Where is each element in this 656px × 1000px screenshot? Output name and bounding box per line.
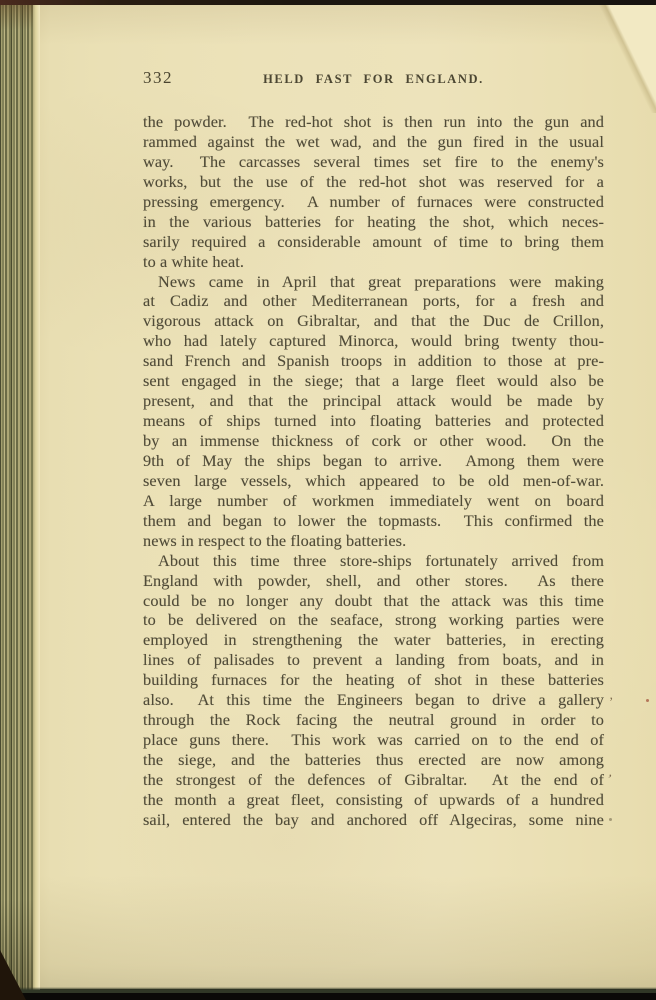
text-line: England with powder, shell, and other st… bbox=[143, 571, 604, 591]
text-line: the strongest of the defences of Gibralt… bbox=[143, 770, 604, 790]
ink-speck bbox=[646, 699, 649, 702]
body-text: the powder. The red-hot shot is then run… bbox=[143, 112, 604, 830]
running-title: HELD FAST FOR ENGLAND. bbox=[143, 72, 604, 87]
text-line: building furnaces for the heating of sho… bbox=[143, 670, 604, 690]
text-line: sarily required a considerable amount of… bbox=[143, 232, 604, 252]
text-line: to a white heat. bbox=[143, 252, 604, 272]
text-line: News came in April that great preparatio… bbox=[143, 272, 604, 292]
text-line: About this time three store-ships fortun… bbox=[143, 551, 604, 571]
text-line: the powder. The red-hot shot is then run… bbox=[143, 112, 604, 132]
text-line: sent engaged in the siege; that a large … bbox=[143, 371, 604, 391]
text-line: in the various batteries for heating the… bbox=[143, 212, 604, 232]
text-line: at Cadiz and other Mediterranean ports, … bbox=[143, 291, 604, 311]
text-line: the month a great fleet, consisting of u… bbox=[143, 790, 604, 810]
text-line: could be no longer any doubt that the at… bbox=[143, 591, 604, 611]
text-line: employed in strengthening the water batt… bbox=[143, 630, 604, 650]
page-corner-fold bbox=[578, 5, 656, 113]
text-line: vigorous attack on Gibraltar, and that t… bbox=[143, 311, 604, 331]
text-line: the siege, and the batteries thus erecte… bbox=[143, 750, 604, 770]
text-line: who had lately captured Minorca, would b… bbox=[143, 331, 604, 351]
text-line: means of ships turned into floating batt… bbox=[143, 411, 604, 431]
text-line: sand French and Spanish troops in additi… bbox=[143, 351, 604, 371]
text-line: rammed against the wet wad, and the gun … bbox=[143, 132, 604, 152]
text-line: place guns there. This work was carried … bbox=[143, 730, 604, 750]
text-line: sail, entered the bay and anchored off A… bbox=[143, 810, 604, 830]
ink-speck bbox=[609, 818, 612, 821]
text-line: pressing emergency. A number of furnaces… bbox=[143, 192, 604, 212]
text-line: through the Rock facing the neutral grou… bbox=[143, 710, 604, 730]
text-line: to be delivered on the seaface, strong w… bbox=[143, 610, 604, 630]
text-line: lines of palisades to prevent a landing … bbox=[143, 650, 604, 670]
text-line: works, but the use of the red-hot shot w… bbox=[143, 172, 604, 192]
text-line: way. The carcasses several times set fir… bbox=[143, 152, 604, 172]
text-line: A large number of workmen immediately we… bbox=[143, 491, 604, 511]
text-line: by an immense thickness of cork or other… bbox=[143, 431, 604, 451]
text-line: 9th of May the ships began to arrive. Am… bbox=[143, 451, 604, 471]
book-scan: 332 HELD FAST FOR ENGLAND. the powder. T… bbox=[0, 0, 656, 1000]
text-line: them and began to lower the topmasts. Th… bbox=[143, 511, 604, 531]
text-line: seven large vessels, which appeared to b… bbox=[143, 471, 604, 491]
text-line: present, and that the principal attack w… bbox=[143, 391, 604, 411]
text-line: also. At this time the Engineers began t… bbox=[143, 690, 604, 710]
scan-border-top bbox=[0, 0, 656, 5]
stacked-page-edges bbox=[0, 0, 37, 1000]
scan-border-bottom bbox=[0, 987, 656, 1000]
ink-speck: ’ bbox=[609, 695, 613, 708]
text-line: news in respect to the floating batterie… bbox=[143, 531, 604, 551]
